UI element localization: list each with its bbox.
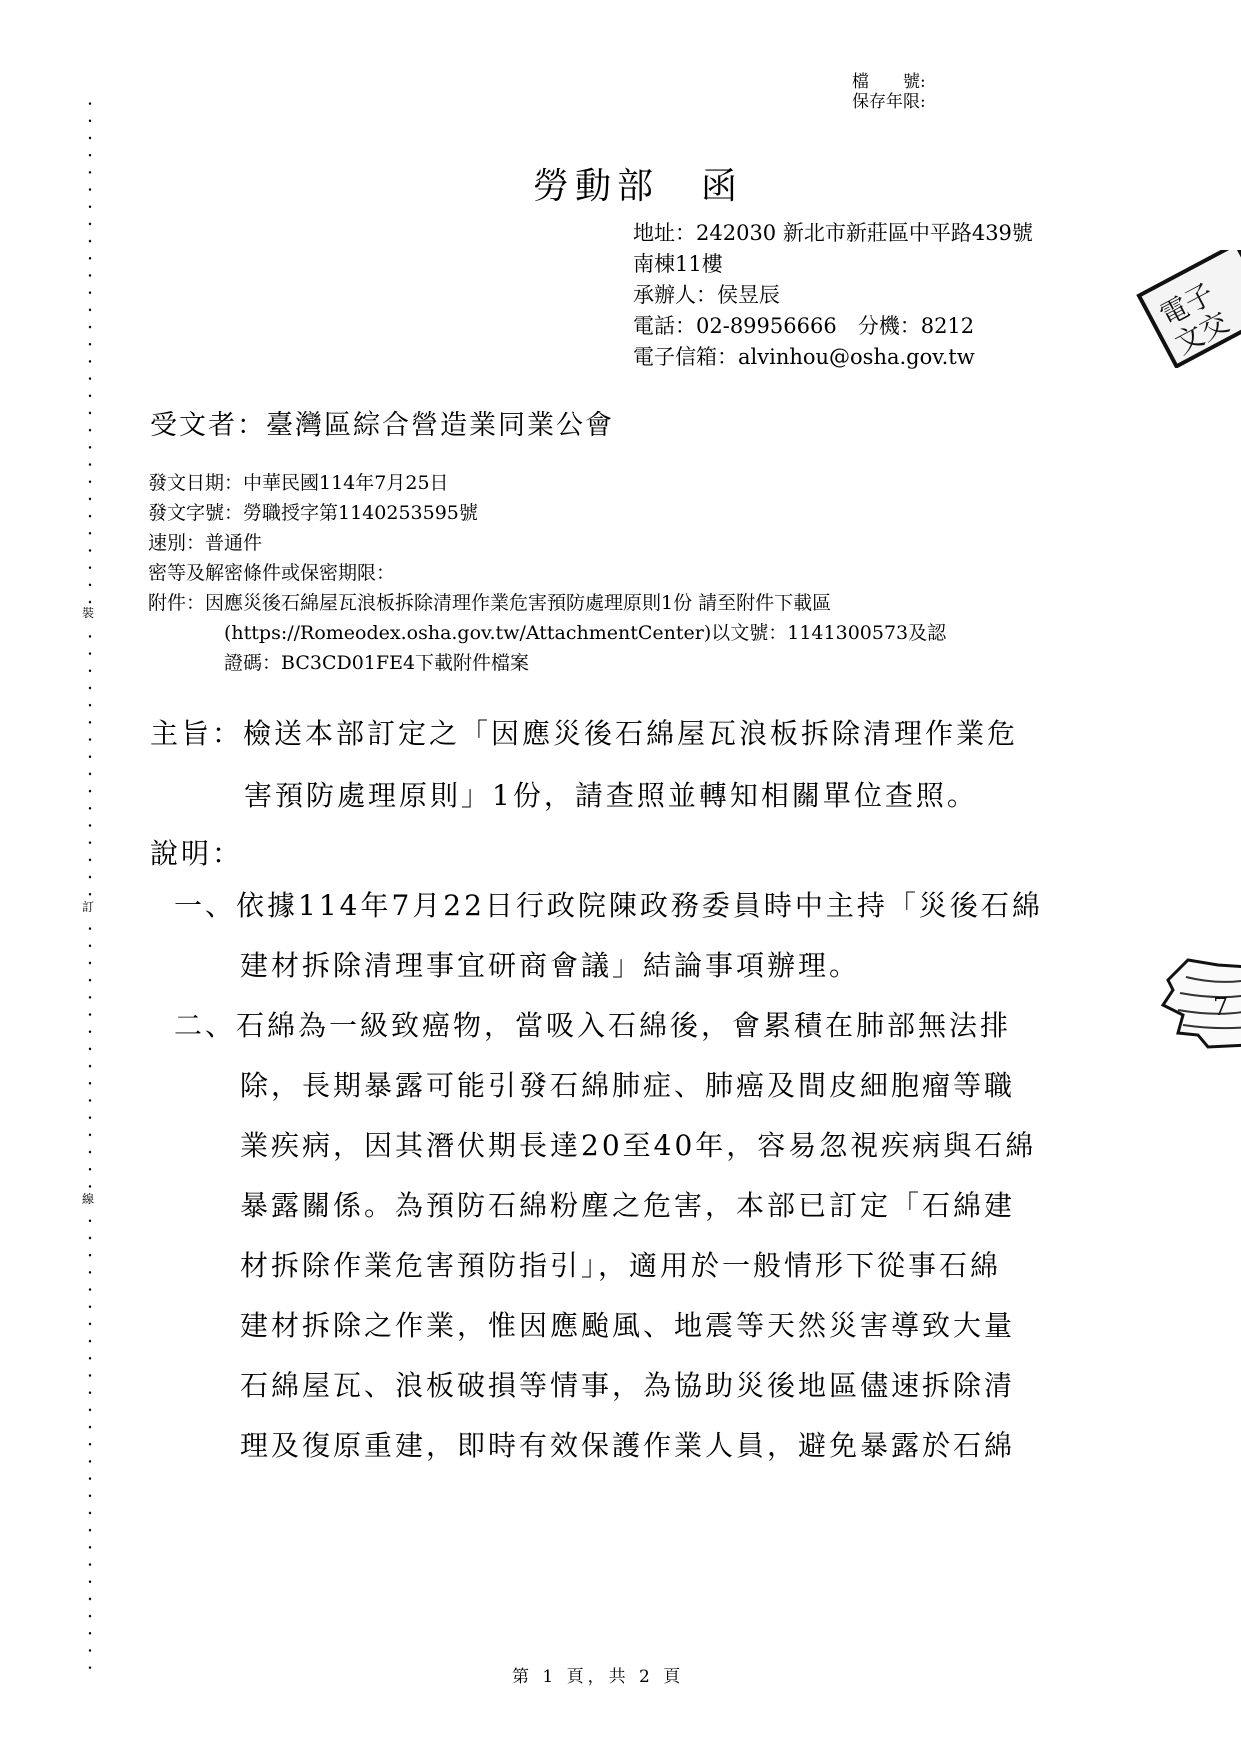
explanation-item-2-line-5: 材拆除作業危害預防指引」，適用於一般情形下從事石綿	[240, 1236, 1001, 1296]
handler: 承辦人：侯昱辰	[633, 280, 1033, 311]
explanation-item-2-line-4: 暴露關係。為預防石綿粉塵之危害，本部已訂定「石綿建	[240, 1176, 1015, 1236]
explanation-item-2-line-8: 理及復原重建，即時有效保護作業人員，避免暴露於石綿	[240, 1416, 1015, 1476]
file-number-label: 檔 號:	[852, 72, 926, 92]
phone: 電話：02-89956666 分機：8212	[633, 311, 1033, 342]
binding-line	[88, 95, 92, 1675]
urgency: 速別：普通件	[148, 528, 262, 558]
retention-period-label: 保存年限:	[852, 92, 926, 112]
address-line-2: 南棟11樓	[633, 249, 1033, 280]
document-title: 勞動部 函	[533, 158, 743, 209]
explanation-item-1: 一、依據114年7月22日行政院陳政務委員時中主持「災後石綿	[174, 876, 1043, 936]
issue-date: 發文日期：中華民國114年7月25日	[148, 468, 449, 498]
contact-block: 地址：242030 新北市新莊區中平路439號 南棟11樓 承辦人：侯昱辰 電話…	[633, 218, 1033, 373]
explanation-item-2: 二、石綿為一級致癌物，當吸入石綿後，會累積在肺部無法排	[174, 996, 1011, 1056]
explanation-heading: 說明：	[150, 832, 243, 872]
seal-stamp-icon: 7	[1158, 955, 1241, 1050]
item-marker: 二、	[174, 1009, 236, 1042]
item-line: 石綿為一級致癌物，當吸入石綿後，會累積在肺部無法排	[236, 1009, 1011, 1042]
recipient: 受文者：臺灣區綜合營造業同業公會	[150, 403, 614, 442]
classification: 密等及解密條件或保密期限：	[148, 558, 395, 588]
item-marker: 一、	[174, 889, 236, 922]
subject-line-1: 主旨：檢送本部訂定之「因應災後石綿屋瓦浪板拆除清理作業危	[150, 712, 1018, 752]
attachment-line-1: 附件：因應災後石綿屋瓦浪板拆除清理作業危害預防處理原則1份 請至附件下載區	[148, 588, 831, 618]
attachment-line-2[interactable]: (https://Romeodex.osha.gov.tw/Attachment…	[224, 618, 946, 648]
item-line: 依據114年7月22日行政院陳政務委員時中主持「災後石綿	[236, 889, 1043, 922]
explanation-item-2-line-3: 業疾病，因其潛伏期長達20至40年，容易忽視疾病與石綿	[240, 1116, 1036, 1176]
binding-mark-ding: 訂	[82, 898, 94, 916]
binding-mark-zhuang: 裝	[82, 604, 94, 622]
electronic-exchange-stamp-icon: 電子 文交	[1132, 250, 1241, 368]
attachment-line-3: 證碼：BC3CD01FE4下載附件檔案	[224, 648, 529, 678]
explanation-item-2-line-7: 石綿屋瓦、浪板破損等情事，為協助災後地區儘速拆除清	[240, 1356, 1015, 1416]
page-number: 第 1 頁，共 2 頁	[512, 1662, 684, 1687]
address-line-1: 地址：242030 新北市新莊區中平路439號	[633, 218, 1033, 249]
issue-number: 發文字號：勞職授字第1140253595號	[148, 498, 478, 528]
email: 電子信箱：alvinhou@osha.gov.tw	[633, 342, 1033, 373]
subject-line-2: 害預防處理原則」1份，請查照並轉知相關單位查照。	[244, 774, 978, 814]
svg-text:7: 7	[1213, 993, 1228, 1021]
explanation-item-1-line-2: 建材拆除清理事宜研商會議」結論事項辦理。	[240, 936, 860, 996]
explanation-item-2-line-2: 除，長期暴露可能引發石綿肺症、肺癌及間皮細胞瘤等職	[240, 1056, 1015, 1116]
binding-mark-xian: 線	[82, 1190, 94, 1208]
explanation-item-2-line-6: 建材拆除之作業，惟因應颱風、地震等天然災害導致大量	[240, 1296, 1015, 1356]
